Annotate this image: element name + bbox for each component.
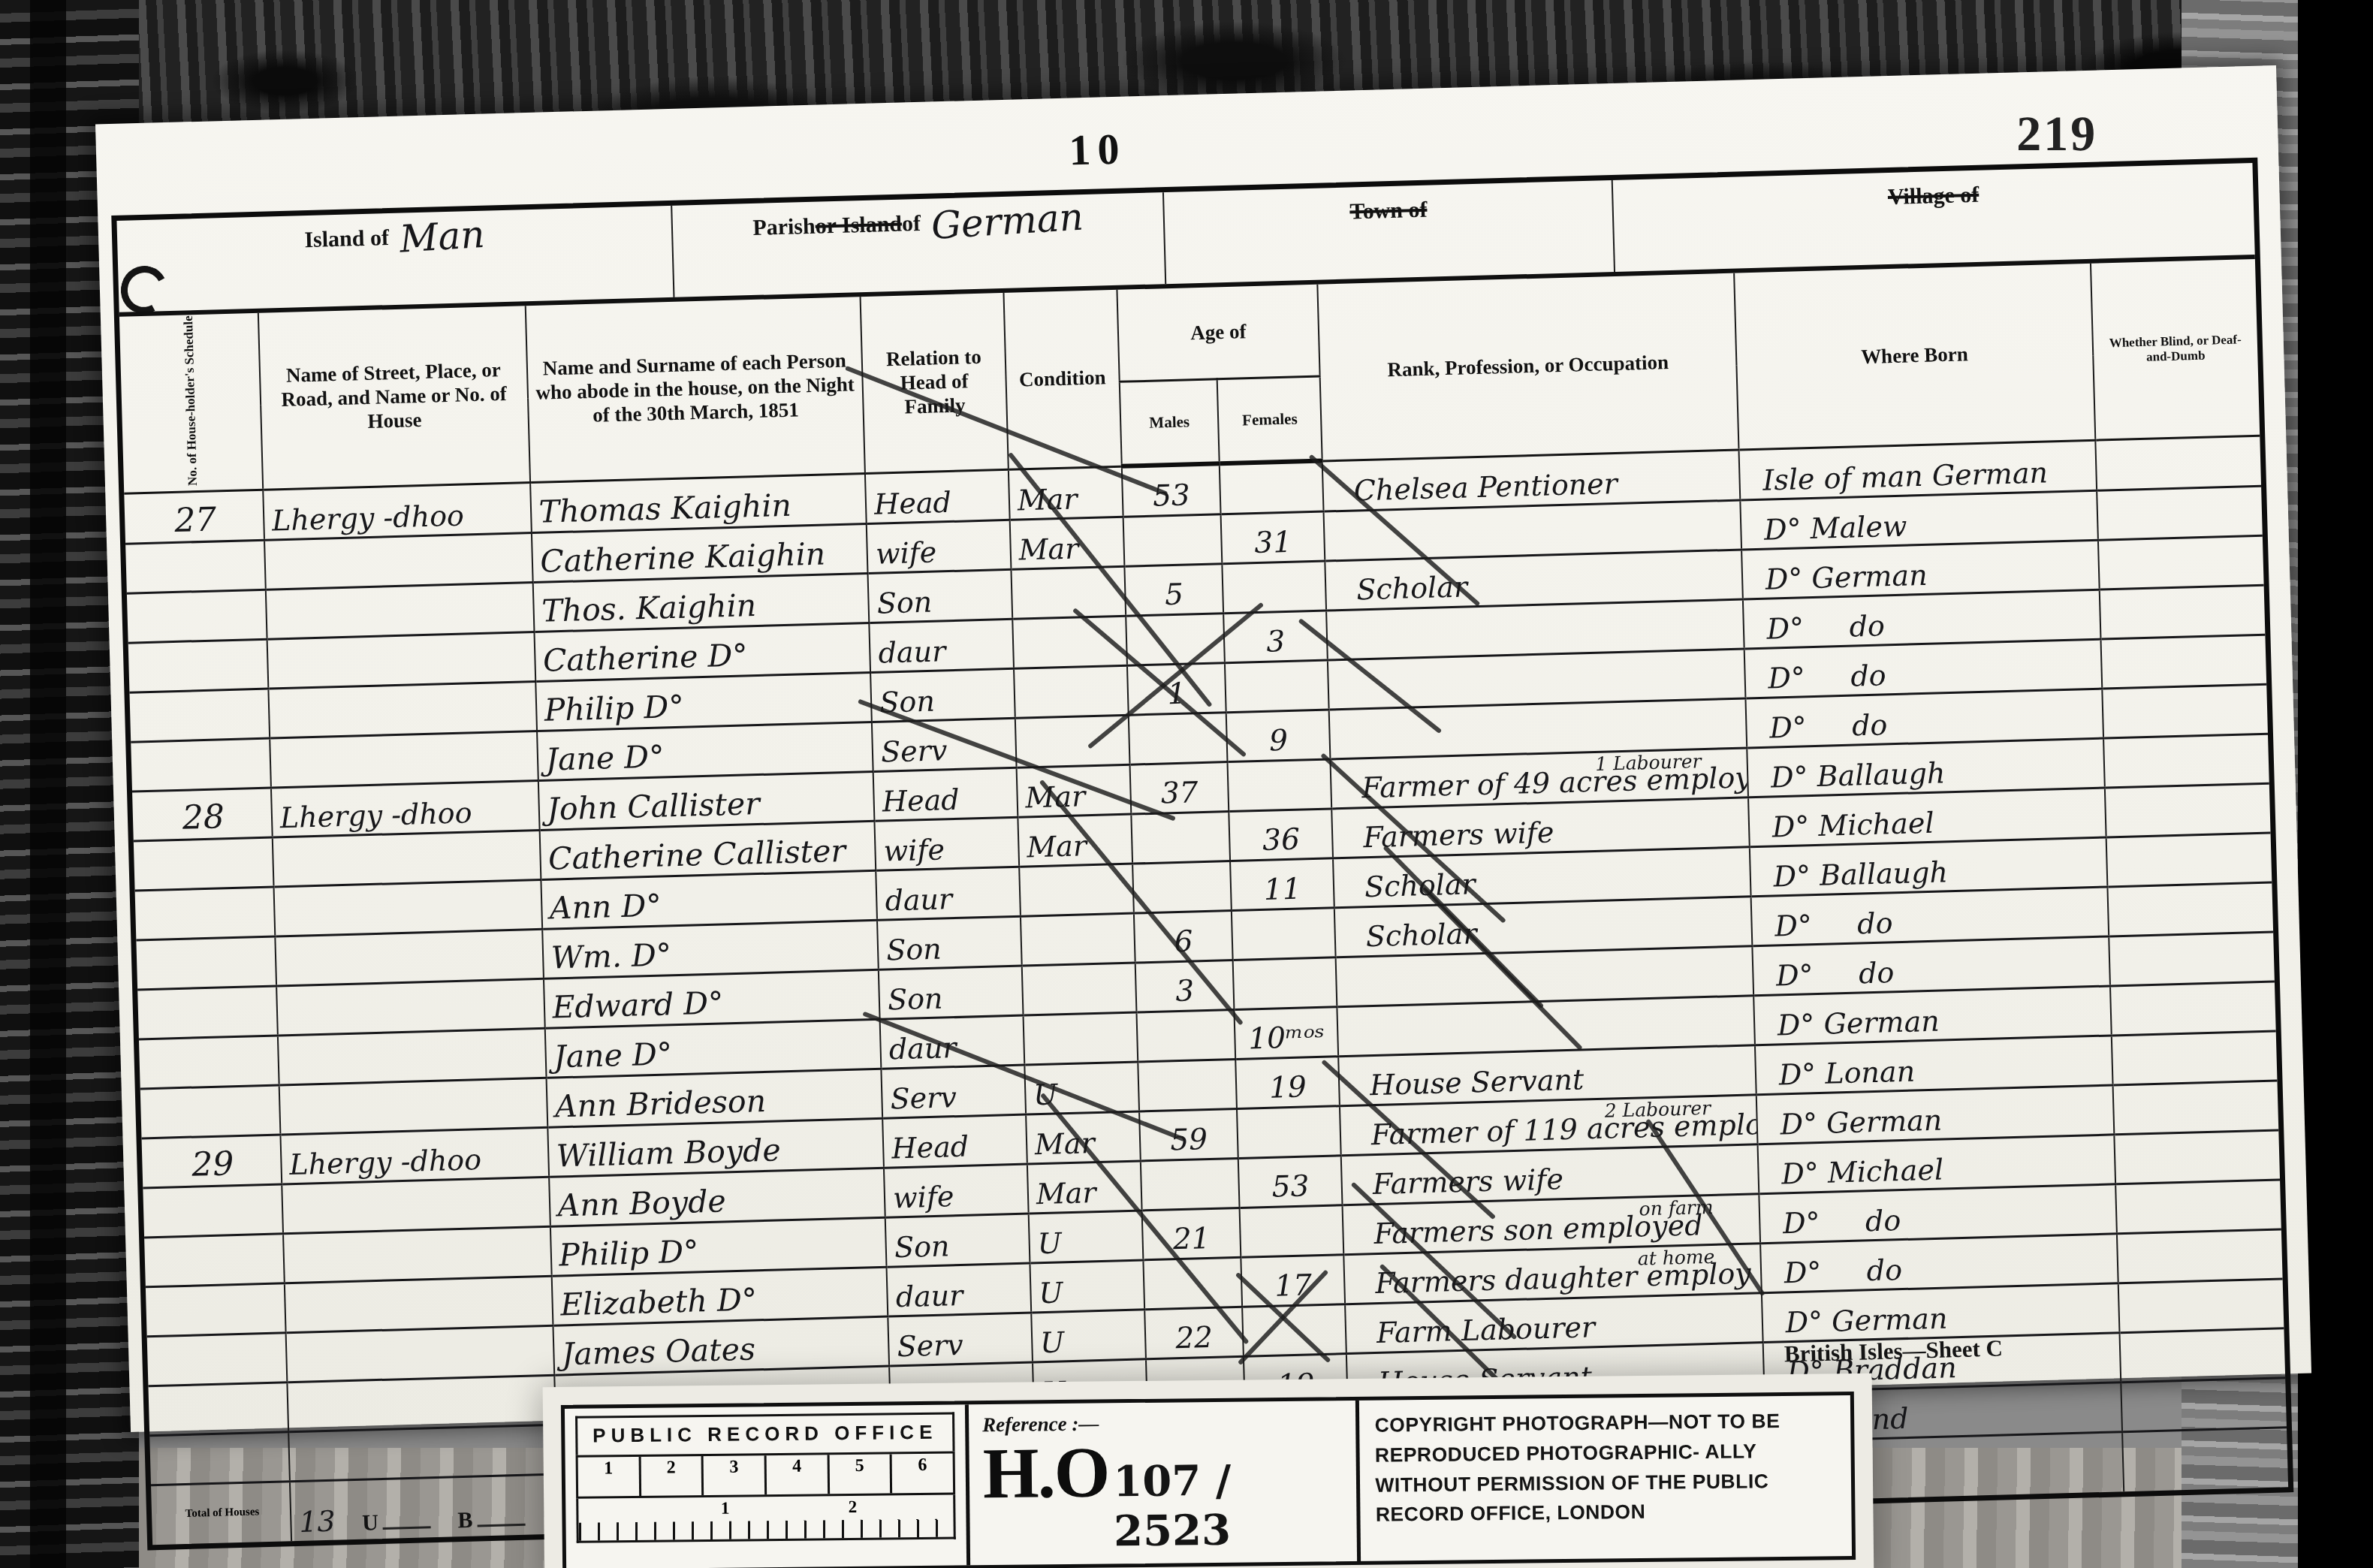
- blind-deaf-cell: [2115, 1180, 2281, 1234]
- town-cell: Town of: [1164, 180, 1615, 284]
- person-name: James Oates: [553, 1316, 889, 1375]
- pro-reference-stamp: PUBLIC RECORD OFFICE 1 2 3 4 5 6 1 2 Ref…: [561, 1392, 1856, 1568]
- reference-number: 107 / 2523: [1113, 1455, 1343, 1556]
- relation: Serv: [872, 718, 1016, 771]
- age-female: [1240, 1205, 1343, 1258]
- ruler-segment: 1: [578, 1457, 641, 1497]
- relation: Head: [865, 469, 1009, 524]
- occupation-note: [1711, 1147, 1712, 1165]
- occupation-note: [1697, 602, 1698, 620]
- town-label: Town of: [1349, 198, 1428, 225]
- person-name: Philip D°: [535, 673, 872, 731]
- column-header-occupation: Rank, Profession, or Occupation: [1317, 273, 1738, 461]
- age-female: [1225, 660, 1328, 713]
- person-name: Ann D°: [541, 871, 877, 930]
- house-name: Lhergy -dhoo: [263, 482, 531, 540]
- folio-number-stamp: 219: [2016, 106, 2097, 163]
- house-name: [267, 632, 535, 689]
- occupation-note: [1709, 1048, 1710, 1066]
- house-name: [270, 731, 538, 789]
- column-header-age: Age of: [1117, 285, 1320, 382]
- pro-scale-section: PUBLIC RECORD OFFICE 1 2 3 4 5 6 1 2: [565, 1404, 970, 1568]
- occupation-note: [1698, 651, 1699, 669]
- house-name: [278, 1029, 546, 1086]
- blind-deaf-cell: [2098, 535, 2264, 590]
- ruler-number: 1: [721, 1499, 730, 1518]
- schedule-number: 29: [142, 1135, 282, 1188]
- person-name: Edward D°: [544, 969, 880, 1028]
- age-male: [1128, 713, 1228, 765]
- age-female: 17: [1241, 1255, 1345, 1307]
- house-name: [273, 831, 541, 888]
- blind-deaf-cell: [2114, 1130, 2280, 1184]
- blind-deaf-cell: [2103, 734, 2269, 788]
- house-name: [276, 979, 544, 1036]
- age-male: 22: [1144, 1307, 1244, 1360]
- condition: [1022, 963, 1137, 1015]
- house-name: [275, 930, 543, 987]
- house-name: [279, 1078, 547, 1135]
- relation: daur: [876, 867, 1020, 920]
- blind-deaf-cell: [2106, 833, 2272, 887]
- occupation-text: Scholar: [1356, 571, 1468, 607]
- schedule-number: [127, 590, 267, 643]
- condition: Mar: [1016, 764, 1131, 817]
- age-female: [1237, 1106, 1340, 1159]
- house-name: Lhergy -dhoo: [280, 1128, 548, 1185]
- condition: Mar: [1027, 1161, 1142, 1214]
- blind-deaf-cell: [2112, 1081, 2278, 1135]
- blind-deaf-cell: [2119, 1328, 2285, 1383]
- schedule-number: [146, 1283, 286, 1337]
- relation: Son: [877, 916, 1021, 969]
- house-name: [287, 1375, 555, 1432]
- condition: [1023, 1012, 1138, 1065]
- age-female: [1228, 759, 1331, 812]
- blind-deaf-cell: [2100, 585, 2266, 639]
- ruler-segment: 2: [641, 1456, 704, 1496]
- age-male: [1136, 1010, 1236, 1063]
- column-header-schedule: No. of House-holder's Schedule: [119, 313, 263, 493]
- census-sheet: 10 219 Island of Man Parish or Island of…: [95, 65, 2311, 1432]
- reference-value: H.O 107 / 2523: [982, 1437, 1343, 1557]
- age-female: 11: [1231, 858, 1334, 911]
- relation: Head: [882, 1114, 1027, 1168]
- house-name: [283, 1226, 551, 1283]
- age-female: [1232, 908, 1335, 960]
- building-blank: [478, 1524, 526, 1527]
- schedule-number: [147, 1333, 288, 1386]
- schedule-number: [125, 540, 266, 593]
- age-male: 53: [1121, 463, 1221, 517]
- blind-deaf-cell: [2112, 1031, 2278, 1085]
- column-header-males: Males: [1119, 379, 1220, 466]
- age-male: 3: [1135, 960, 1235, 1013]
- schedule-number: [140, 1085, 281, 1138]
- ruler-inches: 1 2 3 4 5 6: [576, 1452, 956, 1499]
- schedule-number: [149, 1432, 290, 1485]
- schedule-number: [144, 1234, 285, 1287]
- age-female: 3: [1224, 611, 1328, 663]
- occupation-note: [1699, 701, 1700, 719]
- age-male: 5: [1124, 564, 1224, 617]
- house-name: [288, 1425, 556, 1482]
- schedule-number: [129, 689, 270, 742]
- total-houses-label: Total of Houses: [151, 1482, 291, 1545]
- uninhabited-label: U: [362, 1510, 379, 1536]
- schedule-number: [134, 837, 274, 891]
- condition: Mar: [1026, 1111, 1141, 1164]
- person-name: Ann Boyde: [549, 1168, 885, 1226]
- ruler-segment: 3: [704, 1455, 767, 1495]
- age-female: [1220, 461, 1323, 514]
- ruler-number: 2: [848, 1497, 857, 1517]
- parish-label-struck: or Island: [815, 212, 902, 240]
- condition: U: [1031, 1310, 1146, 1362]
- age-female: 53: [1238, 1156, 1342, 1208]
- age-female: 31: [1221, 511, 1325, 564]
- pro-title: PUBLIC RECORD OFFICE: [575, 1413, 955, 1455]
- island-label: Island of: [304, 225, 389, 253]
- house-name: [273, 880, 541, 937]
- occupation-text: Chelsea Pentioner: [1353, 467, 1618, 507]
- occupation-text: House Servant: [1370, 1063, 1585, 1102]
- age-male: 59: [1139, 1109, 1239, 1162]
- parish-cell: Parish or Island of German: [672, 192, 1166, 297]
- person-name: Catherine D°: [534, 623, 870, 682]
- where-born: Isle of man German: [1738, 440, 2097, 500]
- schedule-number: [143, 1184, 283, 1238]
- ruler-centimetres: 1 2: [576, 1495, 956, 1543]
- village-cell: Village of: [1613, 163, 2255, 272]
- condition: [1014, 665, 1129, 718]
- relation: daur: [870, 620, 1014, 673]
- occupation-note: [1704, 849, 1705, 867]
- occupation-note: 1 Labourer: [1595, 750, 1702, 771]
- age-female: [1223, 561, 1326, 614]
- total-houses-value: 13: [299, 1505, 336, 1539]
- house-name: [266, 583, 534, 640]
- age-male: [1143, 1258, 1243, 1310]
- occupation-note: [1702, 800, 1703, 818]
- total-blind-blank: [2122, 1428, 2288, 1491]
- age-male: [1138, 1060, 1238, 1112]
- condition: U: [1028, 1211, 1143, 1263]
- condition: [1015, 715, 1130, 767]
- column-header-condition: Condition: [1003, 290, 1121, 469]
- occupation-note: [1708, 998, 1708, 1016]
- ruler-segment: 4: [767, 1455, 830, 1494]
- person-name: Catherine Kaighin: [531, 524, 867, 583]
- age-male: [1131, 812, 1231, 864]
- house-name: [285, 1276, 553, 1333]
- age-male: [1123, 514, 1223, 567]
- ruler-segment: 6: [892, 1454, 953, 1494]
- occupation-note: at home: [1637, 1246, 1714, 1266]
- parish-value: German: [930, 195, 1084, 248]
- building-label: B: [457, 1508, 473, 1533]
- relation: wife: [867, 520, 1011, 574]
- relation: wife: [875, 817, 1019, 870]
- occupation-note: [1705, 899, 1705, 917]
- column-header-place: Name of Street, Place, or Road, and Name…: [258, 306, 530, 490]
- relation: daur: [880, 1015, 1024, 1069]
- age-male: [1140, 1159, 1240, 1211]
- occupation-note: 2 Labourer: [1604, 1097, 1711, 1118]
- schedule-number: [136, 936, 276, 990]
- ruler-segment: 5: [829, 1454, 892, 1494]
- relation: Son: [868, 570, 1012, 623]
- house-name: [264, 533, 532, 590]
- person-name: Thomas Kaighin: [530, 473, 867, 533]
- parish-label: Parish: [752, 214, 816, 241]
- parish-label-suffix: of: [902, 211, 921, 237]
- blind-deaf-cell: [2095, 436, 2261, 490]
- column-header-name: Name and Surname of each Person who abod…: [525, 297, 865, 482]
- age-female: 10ᵐᵒˢ: [1235, 1007, 1338, 1060]
- person-name: Elizabeth D°: [551, 1267, 888, 1325]
- schedule-number: [148, 1383, 288, 1436]
- schedule-number: 28: [132, 788, 273, 841]
- blind-deaf-cell: [2105, 783, 2271, 837]
- uninhabited-blank: [383, 1526, 431, 1530]
- column-header-females: Females: [1217, 377, 1322, 464]
- person-name: Jane D°: [544, 1019, 881, 1078]
- village-label: Village of: [1887, 182, 1979, 210]
- copyright-notice: COPYRIGHT PHOTOGRAPH—NOT TO BE REPRODUCE…: [1359, 1395, 1852, 1561]
- condition: U: [1024, 1062, 1139, 1114]
- person-name: Thos. Kaighin: [532, 574, 869, 632]
- schedule-number: [139, 1036, 279, 1089]
- blind-deaf-cell: [2117, 1229, 2283, 1283]
- person-name: Ann Brideson: [546, 1069, 882, 1127]
- age-female: 36: [1229, 809, 1333, 861]
- blind-deaf-cell: [2109, 932, 2275, 986]
- blind-deaf-cell: [2100, 635, 2266, 689]
- blind-deaf-cell: [2121, 1378, 2287, 1432]
- occupation-note: [1706, 948, 1707, 966]
- house-name: [282, 1177, 550, 1234]
- table-body: 27Lhergy -dhooThomas KaighinHeadMar53Che…: [124, 436, 2288, 1545]
- occupation-note: [1717, 1345, 1717, 1363]
- schedule-number: [131, 738, 271, 792]
- occupation-note: [1716, 1295, 1717, 1313]
- schedule-number: [128, 639, 269, 692]
- reference-section: Reference :— H.O 107 / 2523: [969, 1401, 1361, 1565]
- sheet-number: 10: [1068, 124, 1126, 176]
- occupation-text: Farm Labourer: [1376, 1310, 1596, 1349]
- island-cell: Island of Man: [116, 206, 674, 312]
- house-name: [268, 682, 536, 739]
- person-name: Philip D°: [550, 1217, 886, 1276]
- relation: daur: [887, 1263, 1031, 1316]
- condition: [1021, 913, 1135, 966]
- blind-deaf-cell: [2110, 982, 2276, 1036]
- occupation-note: [1694, 502, 1695, 520]
- relation: Serv: [882, 1065, 1026, 1118]
- schedule-number: [137, 986, 278, 1039]
- column-header-blind: Whether Blind, or Deaf-and-Dumb: [2091, 259, 2260, 440]
- person-name: John Callister: [538, 772, 874, 831]
- blind-deaf-cell: [2118, 1279, 2284, 1333]
- relation: Son: [879, 966, 1023, 1019]
- person-name: William Boyde: [547, 1118, 884, 1177]
- house-name: Lhergy -dhoo: [271, 781, 539, 838]
- blind-deaf-cell: [2107, 882, 2273, 936]
- schedule-number: [135, 887, 276, 940]
- column-header-born: Where Born: [1734, 264, 2095, 450]
- person-name: Wm. D°: [542, 921, 879, 979]
- relation: Head: [873, 767, 1018, 821]
- island-value: Man: [398, 213, 486, 261]
- blind-deaf-cell: [2102, 684, 2268, 738]
- relation: Serv: [888, 1313, 1033, 1366]
- person-name: Catherine Callister: [539, 822, 876, 880]
- person-name: Jane D°: [537, 722, 873, 781]
- relation: wife: [884, 1164, 1028, 1217]
- condition: U: [1030, 1260, 1144, 1313]
- occupation-note: [1693, 452, 1693, 470]
- occupation-note: [1696, 552, 1696, 570]
- relation: Son: [885, 1214, 1030, 1267]
- house-name: [286, 1325, 554, 1383]
- blind-deaf-cell: [2097, 486, 2263, 540]
- census-photograph: { "page": { "sheet_number": "10", "folio…: [0, 0, 2373, 1568]
- schedule-number: 27: [124, 490, 264, 544]
- reference-series: H.O: [982, 1440, 1108, 1506]
- age-female: [1233, 957, 1337, 1010]
- total-houses-cell: 13 U B: [290, 1474, 559, 1541]
